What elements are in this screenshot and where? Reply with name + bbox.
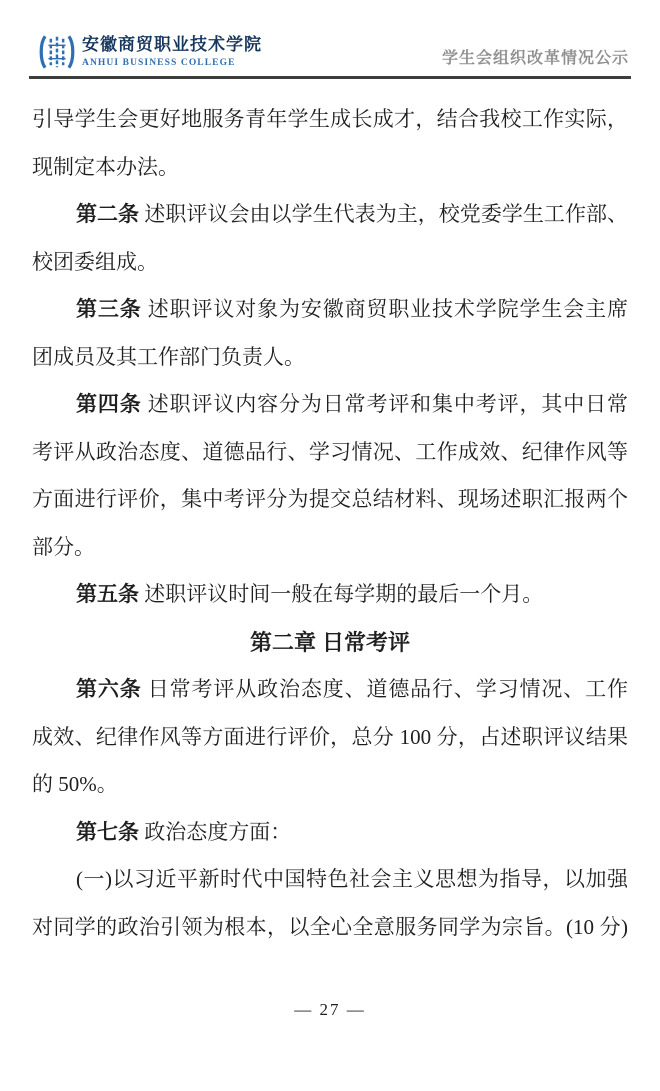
body-line: 现制定本办法。 bbox=[32, 144, 628, 192]
body-line: 成效、纪律作风等方面进行评价，总分 100 分，占述职评议结果 bbox=[32, 714, 628, 762]
document-page: 安徽商贸职业技术学院 ANHUI BUSINESS COLLEGE 学生会组织改… bbox=[0, 0, 660, 1091]
body-line: 部分。 bbox=[32, 524, 628, 572]
article-label: 第四条 bbox=[76, 392, 142, 416]
body-line: 考评从政治态度、道德品行、学习情况、工作成效、纪律作风等 bbox=[32, 429, 628, 477]
college-name-en: ANHUI BUSINESS COLLEGE bbox=[82, 57, 262, 69]
body-line: 第六条 日常考评从政治态度、道德品行、学习情况、工作 bbox=[32, 666, 628, 714]
document-body: 引导学生会更好地服务青年学生成长成才，结合我校工作实际，现制定本办法。第二条 述… bbox=[32, 96, 628, 951]
article-label: 第三条 bbox=[76, 297, 142, 321]
page-number: — 27 — bbox=[294, 1000, 366, 1019]
article-label: 第五条 bbox=[76, 582, 139, 606]
body-line: 第五条 述职评议时间一般在每学期的最后一个月。 bbox=[32, 571, 628, 619]
article-label: 第六条 bbox=[76, 677, 142, 701]
body-line: 团成员及其工作部门负责人。 bbox=[32, 334, 628, 382]
college-emblem-icon bbox=[38, 33, 76, 71]
article-label: 第二条 bbox=[76, 202, 139, 226]
body-line: 的 50%。 bbox=[32, 761, 628, 809]
body-line: 第二条 述职评议会由以学生代表为主，校党委学生工作部、 bbox=[32, 191, 628, 239]
body-line: 第七条 政治态度方面： bbox=[32, 809, 628, 857]
body-line: 方面进行评价，集中考评分为提交总结材料、现场述职汇报两个 bbox=[32, 476, 628, 524]
body-line: 第三条 述职评议对象为安徽商贸职业技术学院学生会主席 bbox=[32, 286, 628, 334]
body-line: 第四条 述职评议内容分为日常考评和集中考评，其中日常 bbox=[32, 381, 628, 429]
page-footer: — 27 — bbox=[0, 1000, 660, 1020]
body-line: 引导学生会更好地服务青年学生成长成才，结合我校工作实际， bbox=[32, 96, 628, 144]
header-rule bbox=[29, 76, 631, 79]
college-name: 安徽商贸职业技术学院 ANHUI BUSINESS COLLEGE bbox=[82, 33, 262, 69]
body-line: (一)以习近平新时代中国特色社会主义思想为指导，以加强 bbox=[32, 856, 628, 904]
college-name-cn: 安徽商贸职业技术学院 bbox=[82, 35, 262, 55]
header-doc-title: 学生会组织改革情况公示 bbox=[442, 45, 629, 68]
chapter-heading: 第二章 日常考评 bbox=[32, 619, 628, 667]
page-header: 安徽商贸职业技术学院 ANHUI BUSINESS COLLEGE 学生会组织改… bbox=[0, 0, 660, 80]
body-line: 对同学的政治引领为根本，以全心全意服务同学为宗旨。(10 分) bbox=[32, 904, 628, 952]
body-line: 校团委组成。 bbox=[32, 239, 628, 287]
college-logo: 安徽商贸职业技术学院 ANHUI BUSINESS COLLEGE bbox=[38, 33, 262, 71]
article-label: 第七条 bbox=[76, 820, 139, 844]
